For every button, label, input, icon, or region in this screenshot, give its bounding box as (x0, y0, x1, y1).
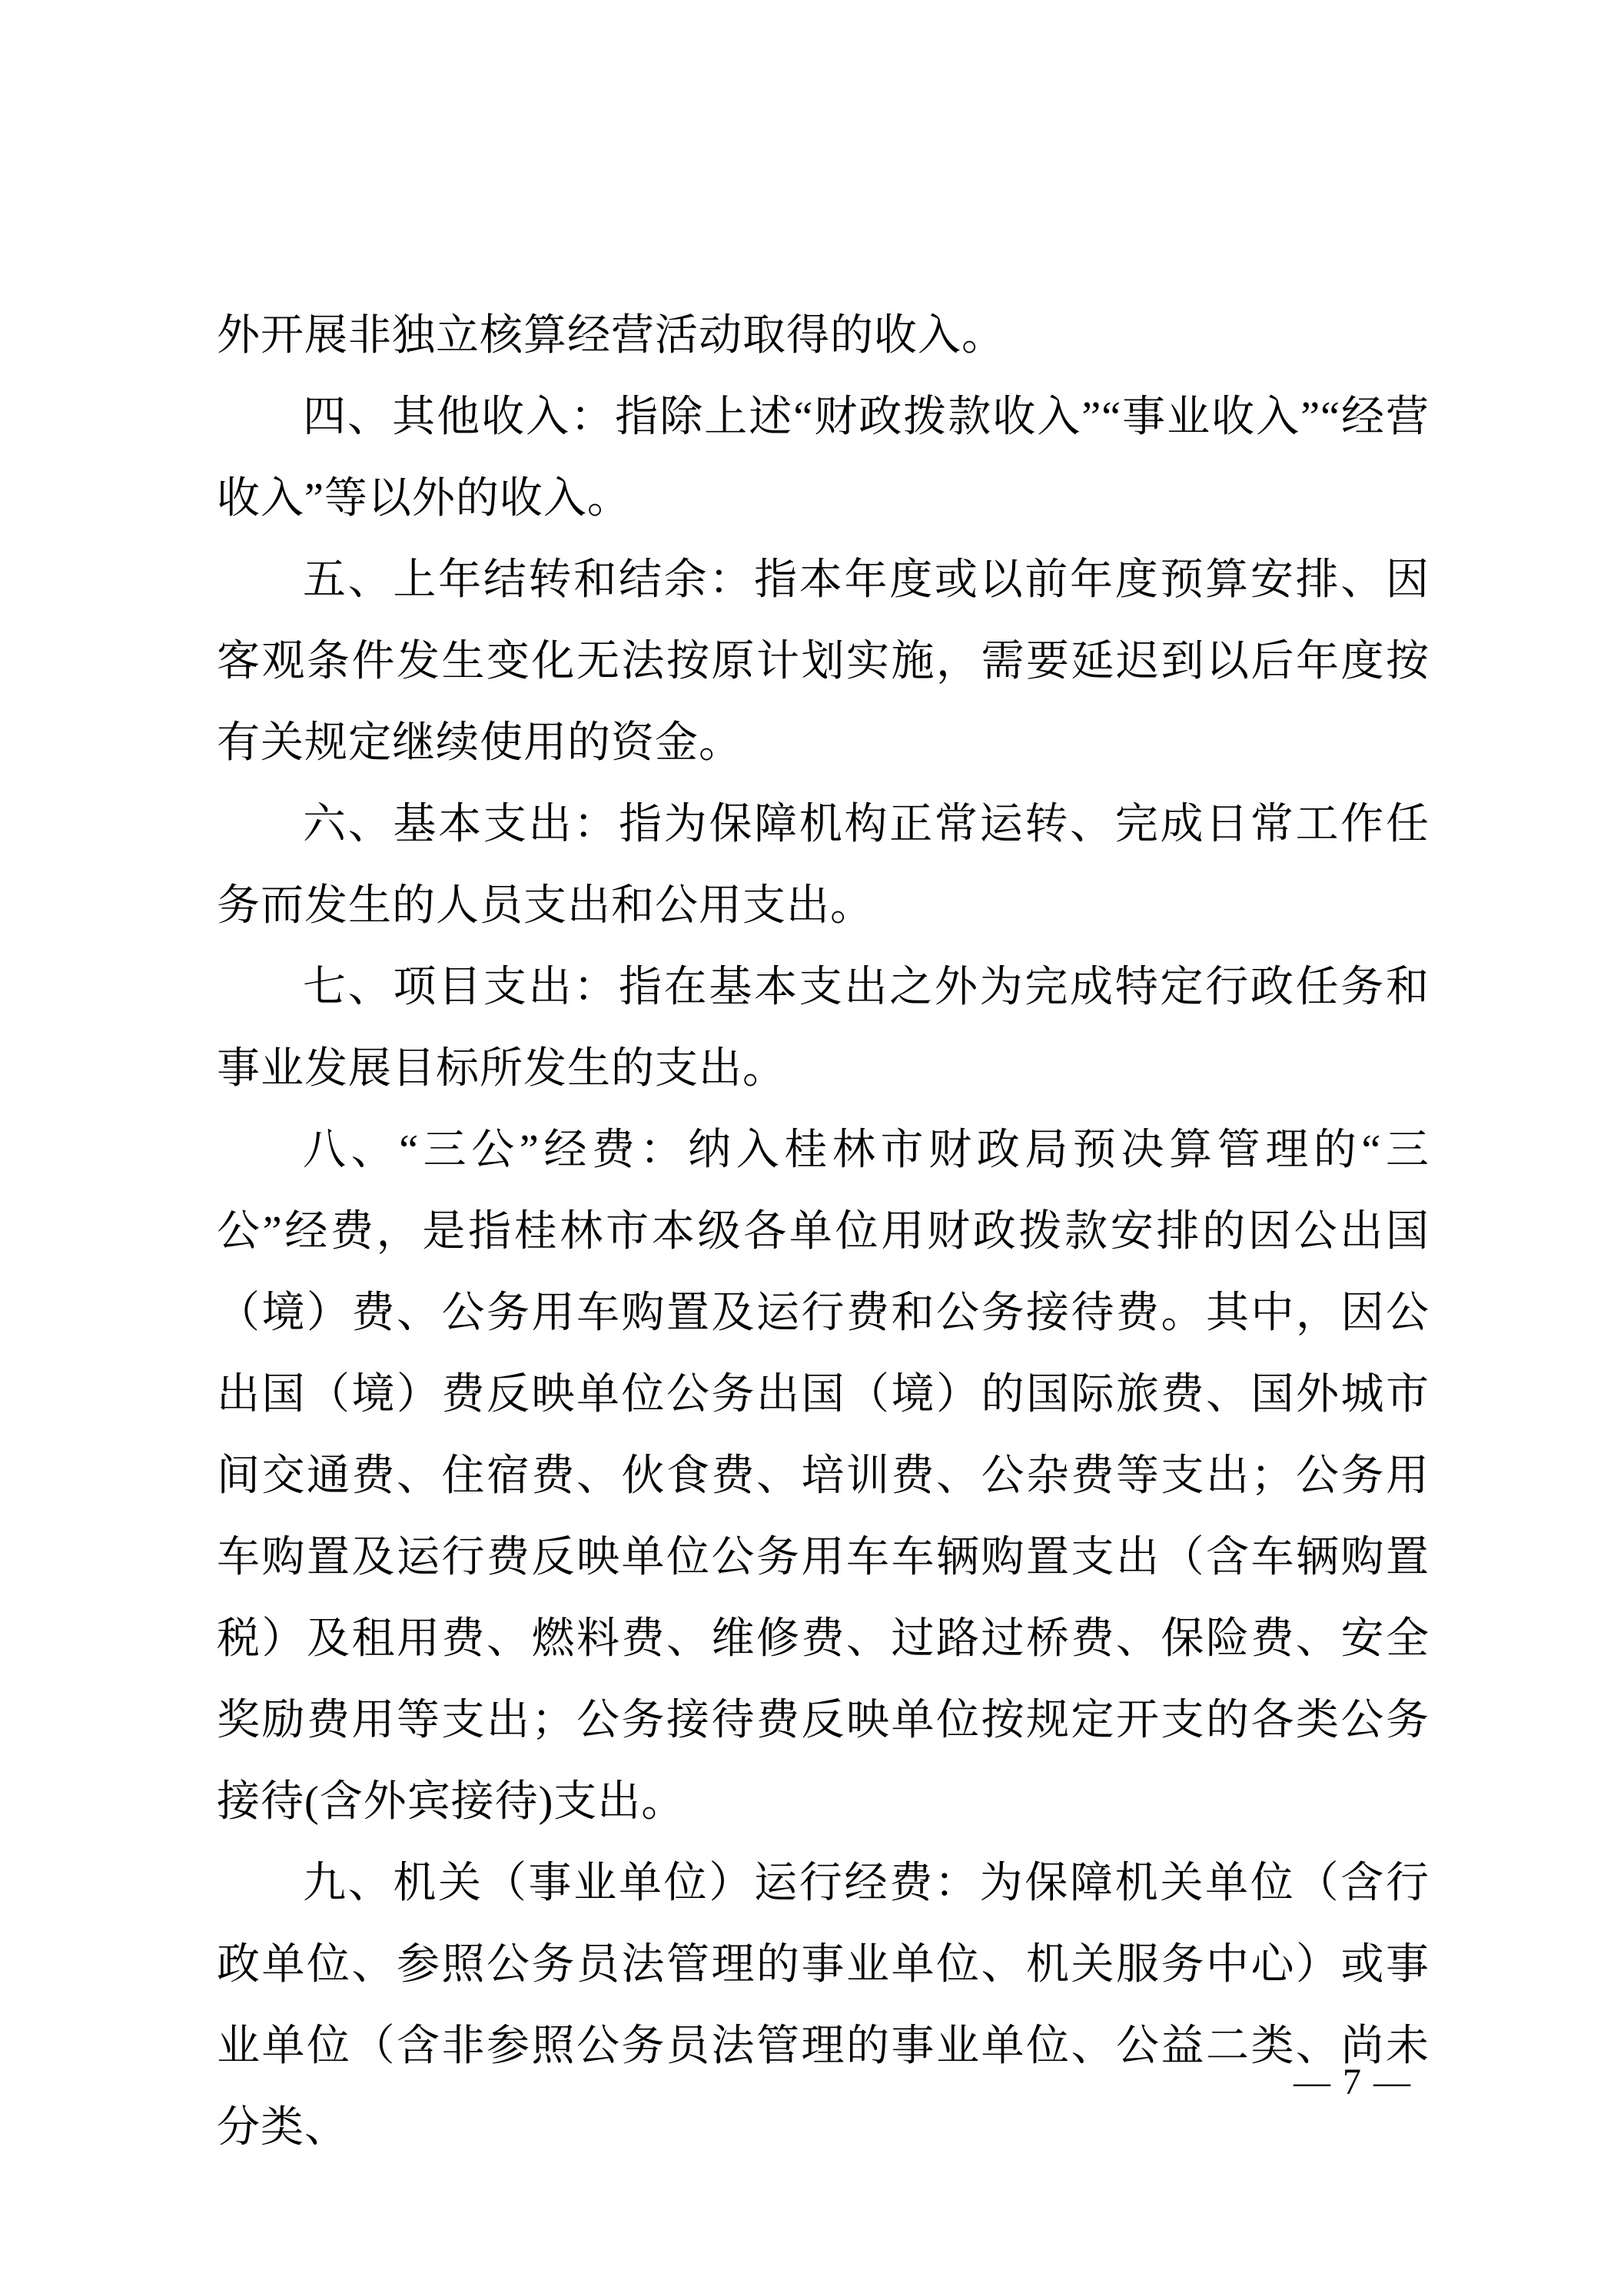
para-basic-expenditure: 六、基本支出：指为保障机构正常运转、完成日常工作任务而发生的人员支出和公用支出。 (217, 784, 1430, 947)
document-page: 外开展非独立核算经营活动取得的收入。 四、其他收入：指除上述“财政拨款收入”“事… (0, 0, 1624, 2296)
para-carryover-and-surplus: 五、上年结转和结余：指本年度或以前年度预算安排、因客观条件发生变化无法按原计划实… (217, 539, 1430, 784)
para-project-expenditure: 七、项目支出：指在基本支出之外为完成特定行政任务和事业发展目标所发生的支出。 (217, 947, 1430, 1110)
para-three-public-funds: 八、“三公”经费：纳入桂林市财政局预决算管理的“三公”经费，是指桂林市本级各单位… (217, 1110, 1430, 1843)
para-continuation: 外开展非独立核算经营活动取得的收入。 (217, 295, 1430, 377)
para-operating-expenses: 九、机关（事业单位）运行经费：为保障机关单位（含行政单位、参照公务员法管理的事业… (217, 1843, 1430, 2168)
para-other-income: 四、其他收入：指除上述“财政拨款收入”“事业收入”“经营收入”等以外的收入。 (217, 377, 1430, 539)
page-number: — 7 — (1294, 2061, 1412, 2104)
document-body: 外开展非独立核算经营活动取得的收入。 四、其他收入：指除上述“财政拨款收入”“事… (217, 295, 1430, 2168)
